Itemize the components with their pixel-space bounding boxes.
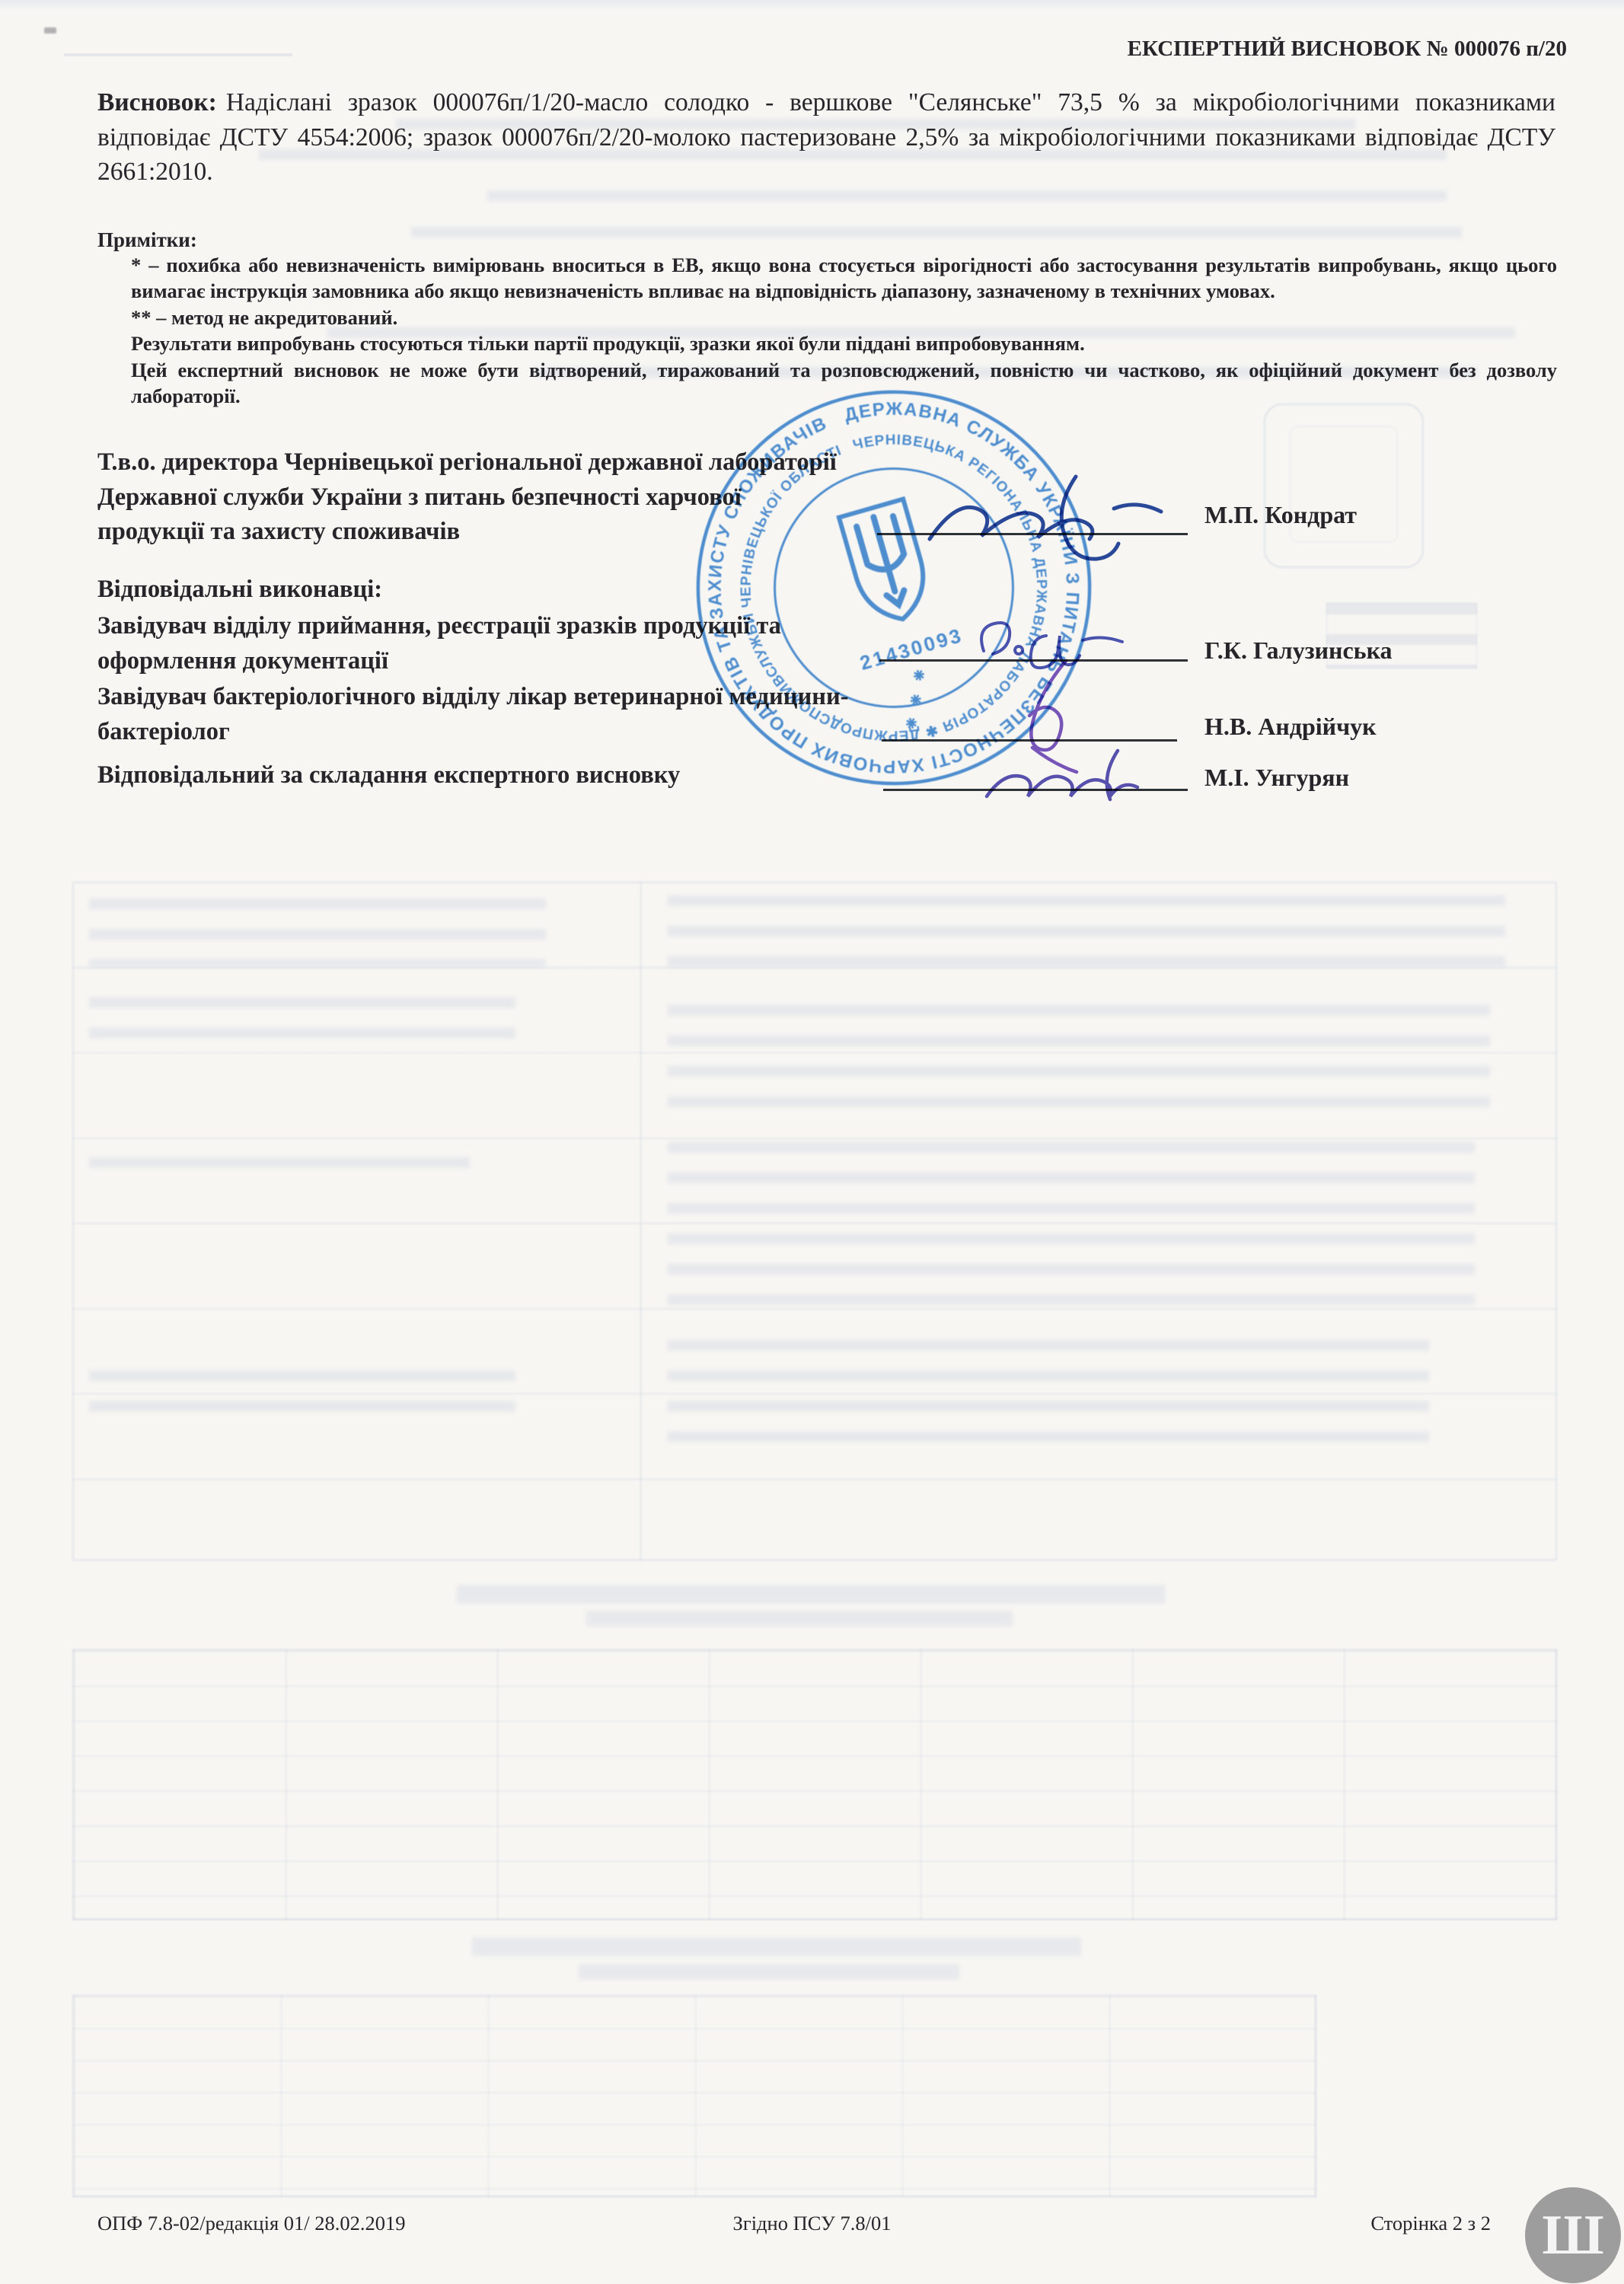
bleedthrough-stamp-box [1264, 404, 1424, 568]
bleedthrough-table-1 [72, 882, 1557, 1561]
bleedthrough-caption [472, 1938, 1081, 1956]
stamp-star-icon [912, 668, 925, 681]
conclusion-paragraph: Висновок:Надіслані зразок 000076п/1/20-м… [97, 85, 1555, 190]
conclusion-label: Висновок: [97, 88, 217, 116]
scanned-document-page: ЕКСПЕРТНИЙ ВИСНОВОК № 000076 п/20 Виснов… [0, 0, 1624, 2284]
executor1-name: Г.К. Галузинська [1204, 636, 1393, 665]
notes-title: Примітки: [97, 228, 1557, 252]
footer-page-number: Сторінка 2 з 2 [1370, 2212, 1491, 2235]
director-name: М.П. Кондрат [1204, 501, 1357, 529]
bleedthrough-table-2 [72, 1649, 1557, 1920]
scan-edge-shadow [0, 0, 1624, 11]
bleedthrough-text [89, 997, 515, 1043]
bleedthrough-text [89, 1157, 470, 1188]
note-item: * – похибка або невизначеність вимірюван… [131, 252, 1557, 305]
scan-streak [64, 53, 292, 56]
stamp-code: 21430093 [858, 625, 965, 675]
bleedthrough-text [668, 1005, 1490, 1119]
note-item: ** – метод не акредитований. [131, 305, 1557, 330]
note-item: Результати випробувань стосуються тільки… [131, 330, 1557, 356]
watermark-letter: Ш [1542, 2207, 1603, 2263]
footer-standard-ref: Згідно ПСУ 7.8/01 [733, 2212, 892, 2235]
document-reference: ЕКСПЕРТНИЙ ВИСНОВОК № 000076 п/20 [1128, 37, 1567, 62]
bleedthrough-caption [457, 1585, 1165, 1603]
bleedthrough-text [668, 1142, 1475, 1309]
footer-form-code: ОПФ 7.8-02/редакція 01/ 28.02.2019 [97, 2212, 406, 2235]
executor2-name: Н.В. Андрійчук [1204, 713, 1377, 741]
scan-speck [44, 27, 56, 33]
bleedthrough-text [668, 1340, 1429, 1462]
conclusion-text: Надіслані зразок 000076п/1/20-масло соло… [97, 88, 1555, 186]
bleedthrough-text [668, 895, 1505, 987]
bleedthrough-text [487, 190, 1447, 213]
bleedthrough-text [89, 898, 546, 967]
bleedthrough-text [89, 1370, 515, 1431]
signature-executor3-ink [976, 740, 1166, 820]
signature-director-ink [917, 466, 1176, 580]
bleedthrough-caption [586, 1611, 1013, 1626]
executors-heading: Відповідальні виконавці: [97, 576, 382, 604]
watermark-logo: Ш [1525, 2187, 1621, 2283]
bleedthrough-caption [579, 1964, 959, 1979]
executor3-name: М.І. Унгурян [1204, 764, 1349, 792]
bleedthrough-table-3 [72, 1995, 1316, 2197]
